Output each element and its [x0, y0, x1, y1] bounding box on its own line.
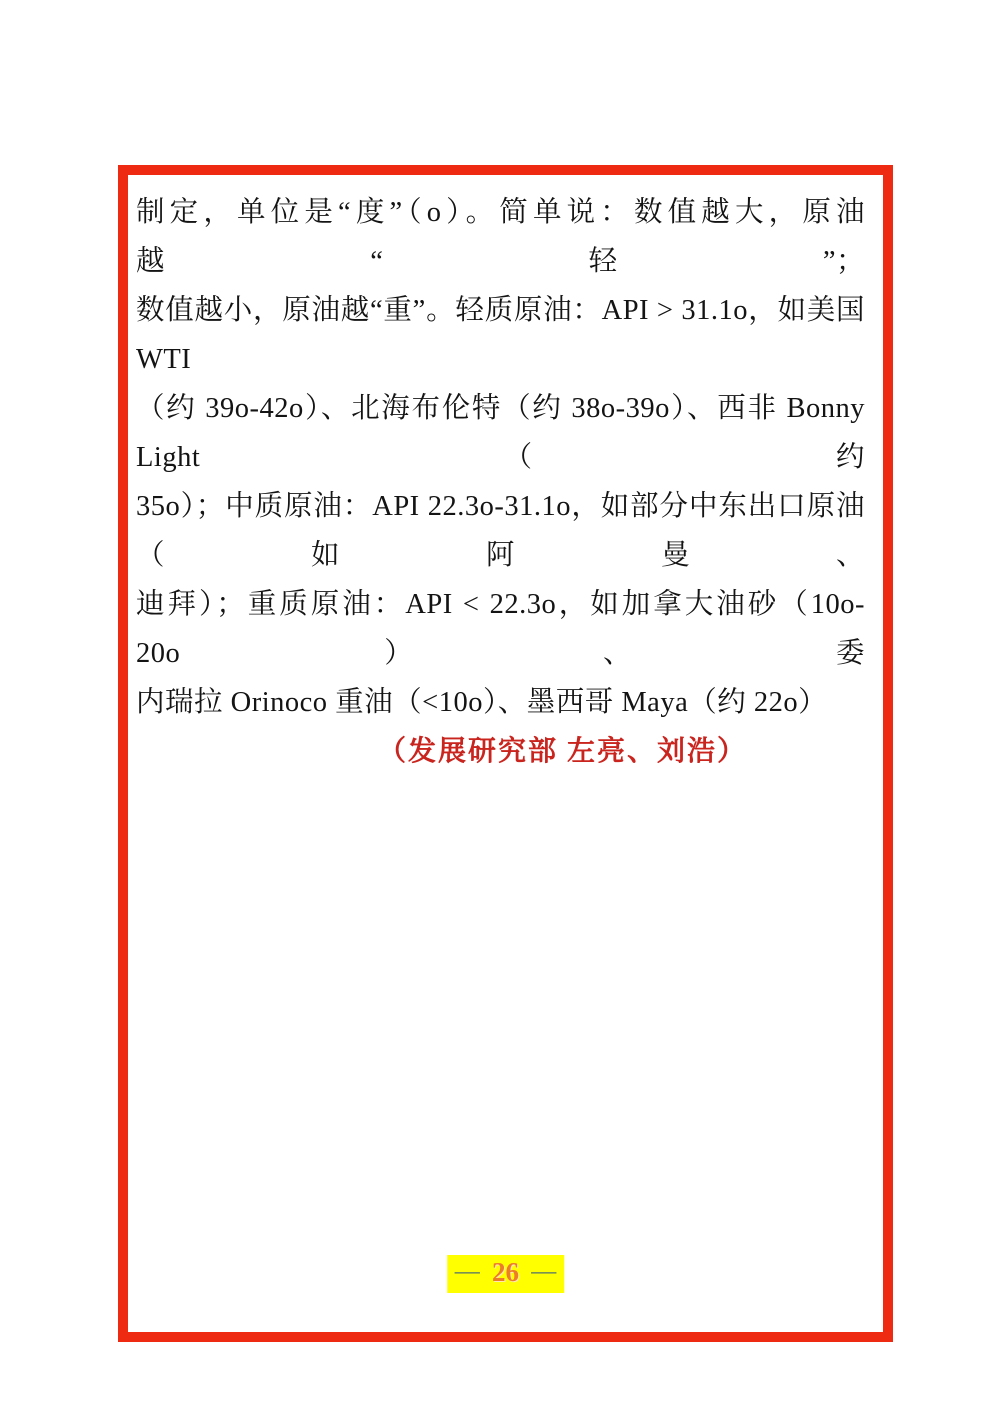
body-line-2: 数值越小，原油越“重”。轻质原油：API > 31.1o，如美国 WTI	[136, 286, 865, 384]
page-number-dash-right: —	[531, 1258, 556, 1285]
attribution-text: （发展研究部 左亮、刘浩）	[136, 727, 865, 776]
body-text-block: 制定，单位是“度”（o）。简单说：数值越大，原油越“轻”； 数值越小，原油越“重…	[128, 175, 883, 776]
body-line-5: 迪拜）；重质原油：API < 22.3o，如加拿大油砂（10o-20o）、委	[136, 580, 865, 678]
page-border-frame: 制定，单位是“度”（o）。简单说：数值越大，原油越“轻”； 数值越小，原油越“重…	[118, 165, 893, 1342]
page-number: 26	[492, 1257, 519, 1287]
page-number-dash-left: —	[455, 1258, 480, 1285]
body-line-6: 内瑞拉 Orinoco 重油（<10o）、墨西哥 Maya（约 22o）	[136, 678, 865, 727]
body-line-3: （约 39o-42o）、北海布伦特（约 38o-39o）、西非 Bonny Li…	[136, 384, 865, 482]
page-number-container: — 26 —	[447, 1255, 565, 1293]
page-number-highlight: — 26 —	[447, 1255, 565, 1293]
body-line-1: 制定，单位是“度”（o）。简单说：数值越大，原油越“轻”；	[136, 188, 865, 286]
body-line-4: 35o）；中质原油：API 22.3o-31.1o，如部分中东出口原油（如阿曼、	[136, 482, 865, 580]
